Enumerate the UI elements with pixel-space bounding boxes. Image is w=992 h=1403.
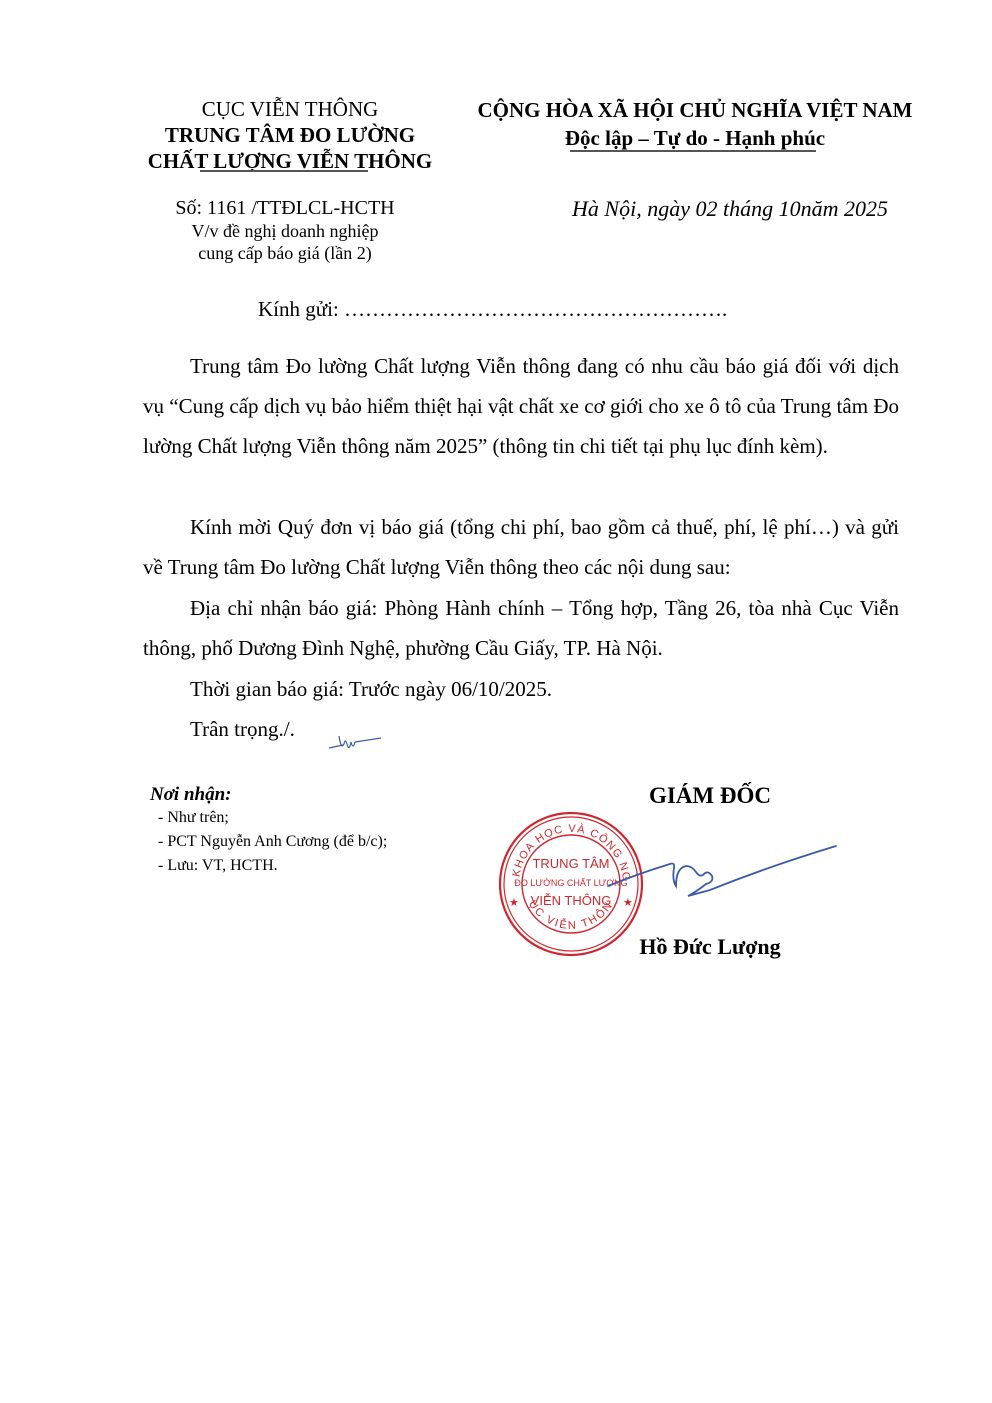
issuing-agency-block: CỤC VIỄN THÔNG TRUNG TÂM ĐO LƯỜNG CHẤT L… bbox=[120, 96, 460, 174]
director-signature-icon bbox=[600, 838, 840, 898]
svg-text:★: ★ bbox=[509, 897, 519, 909]
header-left-underline bbox=[200, 170, 368, 172]
subject-line2: cung cấp báo giá (lần 2) bbox=[120, 242, 450, 264]
closing-line: Trân trọng./. bbox=[143, 709, 899, 749]
recipient-item: - Lưu: VT, HCTH. bbox=[150, 854, 387, 878]
unit-name-line1: TRUNG TÂM ĐO LƯỜNG bbox=[120, 122, 460, 148]
recipient-item: - Như trên; bbox=[150, 806, 387, 830]
signatory-title: GIÁM ĐỐC bbox=[600, 783, 820, 809]
country-name: CỘNG HÒA XÃ HỘI CHỦ NGHĨA VIỆT NAM bbox=[455, 96, 935, 124]
reference-block: Số: 1161 /TTĐLCL-HCTH V/v đề nghị doanh … bbox=[120, 196, 450, 264]
svg-text:★: ★ bbox=[623, 897, 633, 909]
salutation: Kính gửi: ………………………………………………. bbox=[258, 297, 727, 322]
signatory-name: Hồ Đức Lượng bbox=[600, 934, 820, 960]
paragraph-request: Trung tâm Đo lường Chất lượng Viễn thông… bbox=[143, 346, 899, 466]
document-number: Số: 1161 /TTĐLCL-HCTH bbox=[120, 196, 450, 220]
paragraph-address: Địa chỉ nhận báo giá: Phòng Hành chính –… bbox=[143, 588, 899, 668]
recipients-block: Nơi nhận: - Như trên; - PCT Nguyễn Anh C… bbox=[150, 784, 387, 878]
paragraph-invitation: Kính mời Quý đơn vị báo giá (tổng chi ph… bbox=[143, 507, 899, 587]
recipient-item: - PCT Nguyễn Anh Cương (để b/c); bbox=[150, 830, 387, 854]
svg-text:TRUNG TÂM: TRUNG TÂM bbox=[532, 856, 609, 871]
national-motto: Độc lập – Tự do - Hạnh phúc bbox=[455, 124, 935, 152]
initial-signature-icon bbox=[325, 728, 385, 758]
paragraph-deadline: Thời gian báo giá: Trước ngày 06/10/2025… bbox=[143, 669, 899, 709]
subject-line1: V/v đề nghị doanh nghiệp bbox=[120, 220, 450, 242]
agency-name: CỤC VIỄN THÔNG bbox=[120, 96, 460, 122]
header-right-underline bbox=[570, 150, 816, 152]
recipients-title: Nơi nhận: bbox=[150, 784, 387, 806]
date-line: Hà Nội, ngày 02 tháng 10năm 2025 bbox=[540, 196, 920, 222]
national-header-block: CỘNG HÒA XÃ HỘI CHỦ NGHĨA VIỆT NAM Độc l… bbox=[455, 96, 935, 152]
